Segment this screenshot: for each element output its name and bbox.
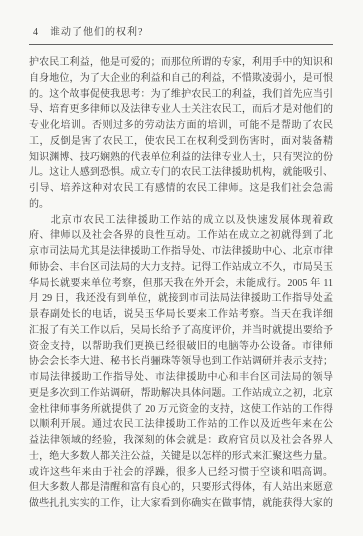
text-line: 市局法律援助工作指导处、市法律援助中心和丰台区司法局的领导 (29, 370, 333, 386)
text-line: 月 29 日，我还没有到单位，就接到市司法局法律援助工作指导处孟 (29, 291, 333, 307)
text-line: 景春副处长的电话，说吴玉华局长要来工作站考察。当天在我详细 (29, 307, 333, 323)
text-line: 益法律领域的经验，我深刻的体会就是：政府官员以及社会各界人 (29, 433, 333, 449)
text-line: 金杜律师事务所就提供了 20 万元资金的支持，这使工作站的工作得 (29, 402, 333, 418)
text-line: 的。 (29, 197, 333, 213)
text-line: 自身地位，为了大企业的利益和自己的利益，不惜欺凌弱小，是可恨 (29, 71, 333, 87)
text-line: 儿。这让人感到恐惧。成立专门的农民工法律援助机构，就能吸引、 (29, 165, 333, 181)
text-line: 知识渊博、技巧娴熟的代表单位利益的法律专业人士，只有哭泣的份 (29, 150, 333, 166)
header-title: 谁动了他们的权利? (50, 27, 143, 38)
text-line: 更是多次到工作站调研，帮助解决具体问题。工作站成立之初，北京 (29, 386, 333, 402)
text-line: 做些扎扎实实的工作，让大家看到你确实在做事情，就能获得大家的 (29, 496, 333, 512)
text-line: 护农民工利益，他是可爱的；而那位所谓的专家，利用手中的知识和 (29, 55, 333, 71)
text-line: 京市司法局尤其是法律援助工作指导处、市法律援助中心、北京市律 (29, 244, 333, 260)
book-page: 4谁动了他们的权利? 护农民工利益，他是可爱的；而那位所谓的专家，利用手中的知识… (0, 0, 363, 536)
body-text: 护农民工利益，他是可爱的；而那位所谓的专家，利用手中的知识和自身地位，为了大企业… (29, 55, 333, 512)
text-line: 协会会长李大进、秘书长肖骊珠等领导也到工作站调研并表示支持； (29, 354, 333, 370)
text-line: 资金支持，以帮助我们更换已经很破旧的电脑等办公设备。市律师 (29, 339, 333, 355)
text-line: 引导、培养这种对农民工有感情的农民工律师。这是我们社会急需 (29, 181, 333, 197)
page-content: 4谁动了他们的权利? 护农民工利益，他是可爱的；而那位所谓的专家，利用手中的知识… (29, 27, 333, 512)
text-line: 士，绝大多数人都关注公益，关键是以怎样的形式来汇聚这些力量。 (29, 449, 333, 465)
text-line: 华局长就要来单位考察，但那天我在外开会，未能成行。2005 年 11 (29, 276, 333, 292)
text-line: 但大多数人都是清醒和富有良心的，只要形式得体，有人站出来愿意 (29, 480, 333, 496)
text-line: 的。这个故事促使我思考：为了维护农民工的利益，我们首先应当引 (29, 87, 333, 103)
text-line: 专业化培训。否则过多的劳动法方面的培训，可能不是帮助了农民 (29, 118, 333, 134)
text-line: 师协会、丰台区司法局的大力支持。记得工作站成立不久，市局吴玉 (29, 260, 333, 276)
text-line: 或许这些年来由于社会的浮躁，很多人已经习惯于空谈和唱高调。 (29, 465, 333, 481)
running-header: 4谁动了他们的权利? (29, 27, 333, 39)
text-line: 北京市农民工法律援助工作站的成立以及快速发展体现着政 (29, 213, 333, 229)
text-line: 府、律师以及社会各界的良性互动。工作站在成立之初就得到了北 (29, 228, 333, 244)
page-number: 4 (33, 27, 39, 38)
text-line: 导、培育更多律师以及法律专业人士关注农民工，而后才是对他们的 (29, 102, 333, 118)
text-line: 工，反倒是害了农民工，使农民工在权利受到伤害时，面对装备精良、 (29, 134, 333, 150)
text-line: 以顺利开展。通过农民工法律援助工作站的工作以及近些年来在公 (29, 417, 333, 433)
text-line: 汇报了有关工作以后，吴局长给予了高度评价，并当时就提出要给予 (29, 323, 333, 339)
header-rule (29, 44, 333, 45)
